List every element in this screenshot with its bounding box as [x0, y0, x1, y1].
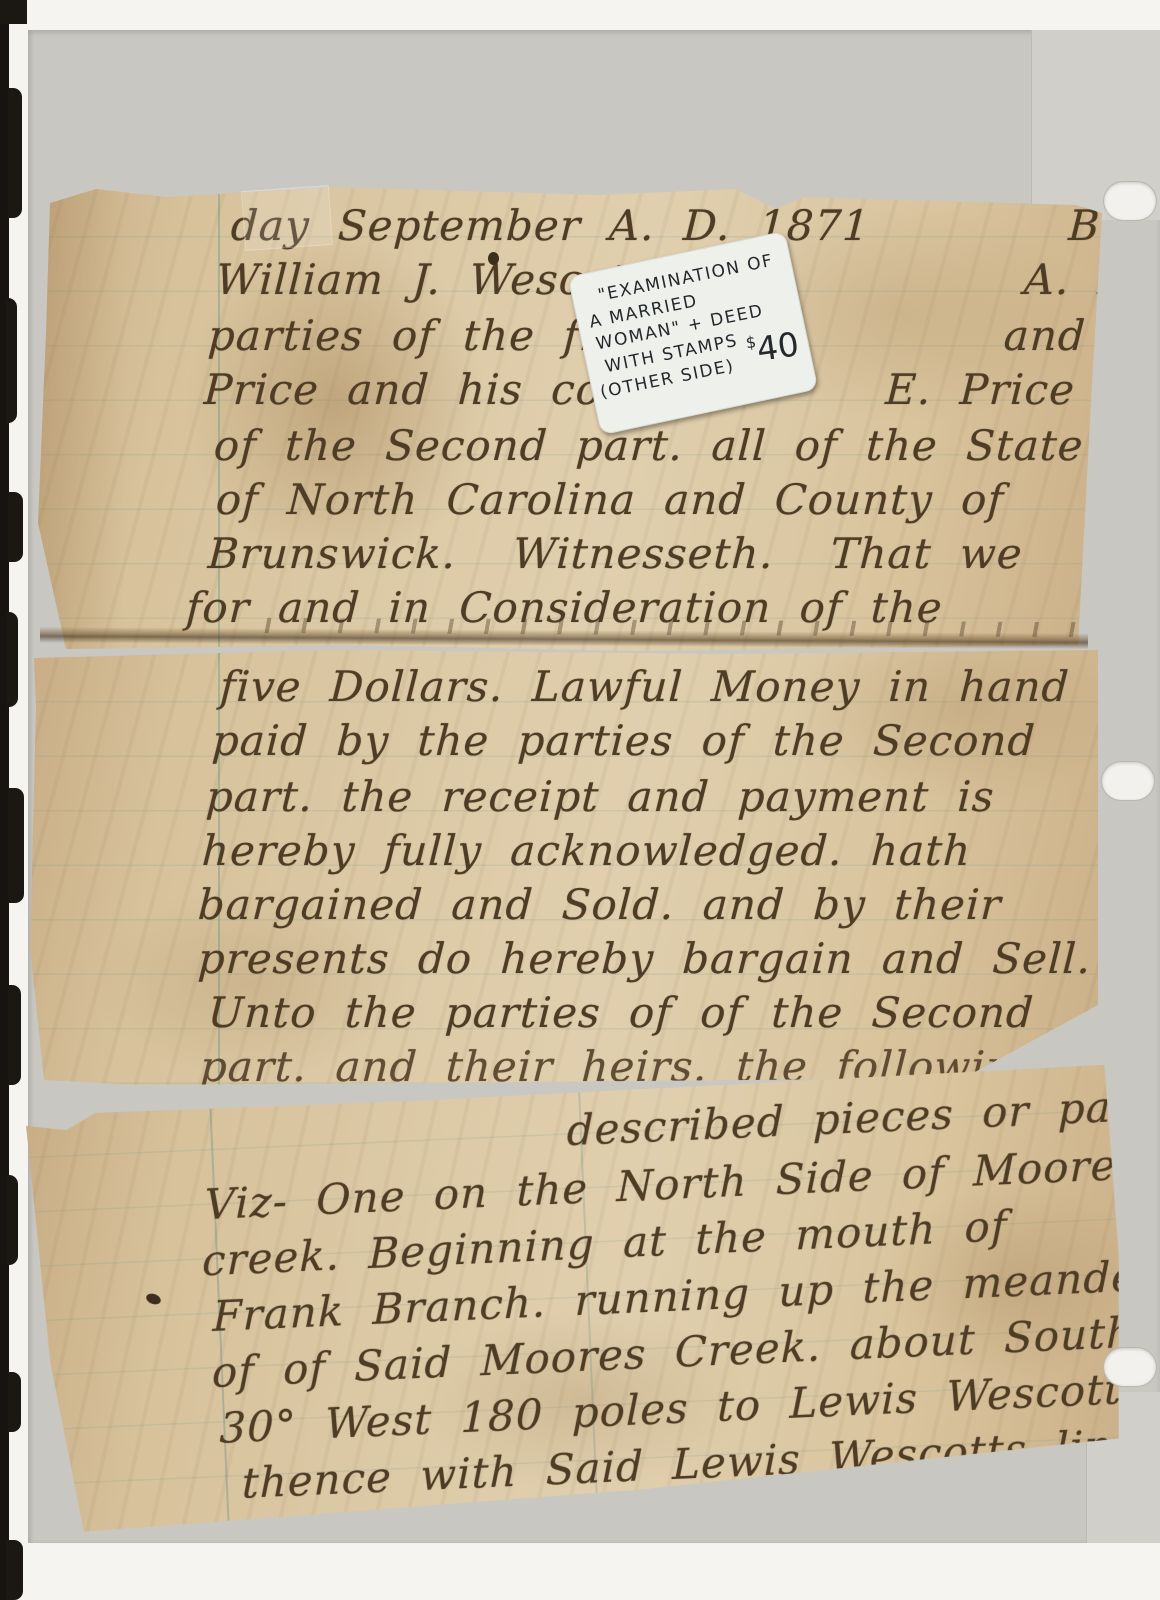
handwritten-line: hereby fully acknowledged. hath: [201, 828, 973, 874]
scanner-edge-mark: [8, 88, 22, 218]
handwritten-line: of the Second part. all of the State: [213, 423, 1085, 469]
scanner-edge-mark: [7, 612, 18, 707]
paper-stain: [6, 183, 126, 653]
scanner-edge-mark: [8, 985, 21, 1085]
handwritten-line: day September A. D. 1871 Between: [230, 203, 1160, 249]
label-price-value: 40: [754, 324, 801, 368]
scanner-edge-mark: [6, 298, 17, 423]
handwritten-line: five Dollars. Lawful Money in hand: [219, 664, 1071, 710]
paper-strip-middle: five Dollars. Lawful Money in hand paid …: [30, 648, 1102, 1085]
scanner-edge-mark: [6, 1540, 23, 1600]
handwritten-line: Brunswick. Witnesseth. That we: [207, 531, 1024, 577]
scanner-edge-mark: [8, 1372, 21, 1432]
punch-hole-top: [1104, 182, 1156, 220]
scanner-edge-mark: [7, 1175, 18, 1265]
scanner-edge-mark: [8, 492, 23, 562]
scanner-edge-mark: [8, 788, 24, 903]
scanner-edge-mark: [0, 0, 27, 24]
tape-remnant: [241, 185, 333, 251]
handwritten-line: presents do hereby bargain and Sell.: [197, 936, 1093, 982]
handwritten-line: Unto the parties of of the Second: [207, 990, 1035, 1036]
punch-hole-middle: [1102, 762, 1154, 800]
punch-hole-bottom: [1104, 1348, 1156, 1386]
handwritten-line: part. the receipt and payment is: [205, 774, 996, 820]
label-price: $40: [744, 324, 801, 370]
scanned-document-page: { "scan": { "paper_strips": [ { "lines":…: [0, 0, 1160, 1600]
ink-blot: [488, 252, 499, 265]
handwritten-line: paid by the parties of the Second: [211, 718, 1037, 764]
handwritten-line: of North Carolina and County of: [215, 477, 1005, 523]
handwritten-line: bargained and Sold. and by their: [197, 882, 1003, 928]
paper-strip-top: day September A. D. 1871 Between William…: [36, 183, 1102, 653]
